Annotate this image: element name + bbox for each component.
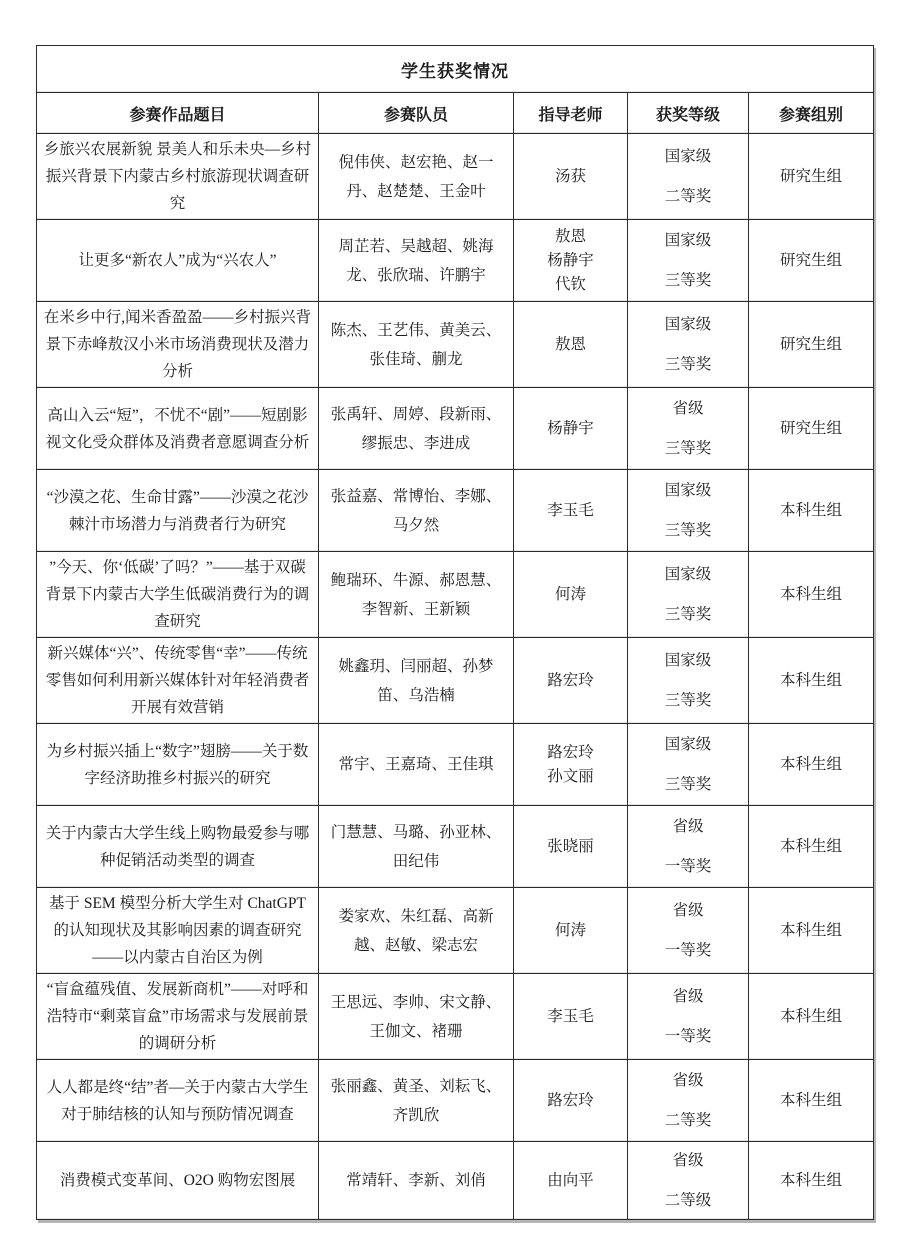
group-cell: 本科生组 (749, 1142, 874, 1220)
table-body: 乡旅兴农展新貌 景美人和乐未央—乡村振兴背景下内蒙古乡村旅游现状调查研究 倪伟侠… (37, 134, 874, 1220)
advisor-cell: 汤获 (514, 134, 628, 220)
award-level: 国家级 (665, 228, 712, 254)
award-cell: 国家级 三等奖 (628, 724, 749, 806)
advisor-cell: 张晓丽 (514, 806, 628, 888)
members-cell: 周芷若、吴越超、姚海龙、张欣瑞、许鹏宇 (319, 220, 514, 302)
award-cell: 国家级 三等奖 (628, 470, 749, 552)
table-row: 人人都是终“结”者—关于内蒙古大学生对于肺结核的认知与预防情况调查 张丽鑫、黄圣… (37, 1060, 874, 1142)
award-level: 省级 (672, 1068, 703, 1094)
award-prize: 二等奖 (665, 184, 712, 210)
award-level: 国家级 (665, 312, 712, 338)
advisor-cell: 路宏玲 孙文丽 (514, 724, 628, 806)
award-stack: 省级 一等奖 (634, 984, 742, 1050)
award-stack: 省级 二等级 (634, 1148, 742, 1214)
award-cell: 省级 二等级 (628, 1142, 749, 1220)
award-prize: 一等奖 (665, 1024, 712, 1050)
award-prize: 一等奖 (665, 854, 712, 880)
award-level: 国家级 (665, 732, 712, 758)
members-cell: 倪伟侠、赵宏艳、赵一丹、赵楚楚、王金叶 (319, 134, 514, 220)
group-cell: 本科生组 (749, 888, 874, 974)
award-stack: 国家级 三等奖 (634, 562, 742, 628)
table-row: 让更多“新农人”成为“兴农人” 周芷若、吴越超、姚海龙、张欣瑞、许鹏宇 敖恩 杨… (37, 220, 874, 302)
column-header-group: 参赛组别 (749, 93, 874, 134)
award-cell: 国家级 三等奖 (628, 638, 749, 724)
award-cell: 省级 二等奖 (628, 1060, 749, 1142)
award-stack: 省级 一等奖 (634, 898, 742, 964)
group-cell: 本科生组 (749, 1060, 874, 1142)
advisor-cell: 由向平 (514, 1142, 628, 1220)
advisor-cell: 敖恩 杨静宇 代钦 (514, 220, 628, 302)
members-cell: 王思远、李帅、宋文静、王伽文、褚珊 (319, 974, 514, 1060)
award-cell: 省级 一等奖 (628, 974, 749, 1060)
group-cell: 本科生组 (749, 724, 874, 806)
award-stack: 国家级 三等奖 (634, 648, 742, 714)
advisor-cell: 何涛 (514, 552, 628, 638)
work-title-cell: 为乡村振兴插上“数字”翅膀——关于数字经济助推乡村振兴的研究 (37, 724, 319, 806)
work-title-cell: 乡旅兴农展新貌 景美人和乐未央—乡村振兴背景下内蒙古乡村旅游现状调查研究 (37, 134, 319, 220)
work-title-cell: ”今天、你‘低碳’了吗？”——基于双碳背景下内蒙古大学生低碳消费行为的调查研究 (37, 552, 319, 638)
award-prize: 一等奖 (665, 938, 712, 964)
award-level: 国家级 (665, 648, 712, 674)
group-cell: 研究生组 (749, 134, 874, 220)
work-title-cell: 消费模式变革间、O2O 购物宏图展 (37, 1142, 319, 1220)
award-cell: 省级 一等奖 (628, 888, 749, 974)
members-cell: 张丽鑫、黄圣、刘耘飞、齐凯欣 (319, 1060, 514, 1142)
award-level: 国家级 (665, 144, 712, 170)
award-stack: 国家级 三等奖 (634, 228, 742, 294)
award-prize: 二等级 (665, 1188, 712, 1214)
members-cell: 鲍瑞环、牛源、郝恩慧、李智新、王新颖 (319, 552, 514, 638)
award-cell: 国家级 三等奖 (628, 302, 749, 388)
award-stack: 国家级 三等奖 (634, 312, 742, 378)
column-header-advisor: 指导老师 (514, 93, 628, 134)
work-title-cell: 关于内蒙古大学生线上购物最爱参与哪种促销活动类型的调查 (37, 806, 319, 888)
table-row: 关于内蒙古大学生线上购物最爱参与哪种促销活动类型的调查 门慧慧、马璐、孙亚林、田… (37, 806, 874, 888)
award-level: 省级 (672, 1148, 703, 1174)
advisor-cell: 路宏玲 (514, 638, 628, 724)
table-row: ”今天、你‘低碳’了吗？”——基于双碳背景下内蒙古大学生低碳消费行为的调查研究 … (37, 552, 874, 638)
group-cell: 研究生组 (749, 220, 874, 302)
work-title-cell: 人人都是终“结”者—关于内蒙古大学生对于肺结核的认知与预防情况调查 (37, 1060, 319, 1142)
group-cell: 本科生组 (749, 974, 874, 1060)
award-stack: 省级 二等奖 (634, 1068, 742, 1134)
document-page: 学生获奖情况 参赛作品题目 参赛队员 指导老师 获奖等级 参赛组别 乡旅兴农展新… (0, 0, 909, 1250)
table-title-row: 学生获奖情况 (37, 46, 874, 93)
group-cell: 本科生组 (749, 470, 874, 552)
table-row: 消费模式变革间、O2O 购物宏图展 常靖轩、李新、刘俏 由向平 省级 二等级 本… (37, 1142, 874, 1220)
award-stack: 省级 一等奖 (634, 814, 742, 880)
award-prize: 三等奖 (665, 436, 712, 462)
advisor-cell: 杨静宇 (514, 388, 628, 470)
work-title-cell: 高山入云“短”，不忧不“剧”——短剧影视文化受众群体及消费者意愿调查分析 (37, 388, 319, 470)
table-header-row: 参赛作品题目 参赛队员 指导老师 获奖等级 参赛组别 (37, 93, 874, 134)
award-cell: 国家级 二等奖 (628, 134, 749, 220)
members-cell: 娄家欢、朱红磊、高新越、赵敏、梁志宏 (319, 888, 514, 974)
group-cell: 本科生组 (749, 806, 874, 888)
work-title-cell: “沙漠之花、生命甘露”——沙漠之花沙棘汁市场潜力与消费者行为研究 (37, 470, 319, 552)
work-title-cell: 基于 SEM 模型分析大学生对 ChatGPT 的认知现状及其影响因素的调查研究… (37, 888, 319, 974)
table-row: 基于 SEM 模型分析大学生对 ChatGPT 的认知现状及其影响因素的调查研究… (37, 888, 874, 974)
group-cell: 本科生组 (749, 638, 874, 724)
column-header-work-title: 参赛作品题目 (37, 93, 319, 134)
award-stack: 国家级 三等奖 (634, 478, 742, 544)
award-stack: 国家级 三等奖 (634, 732, 742, 798)
award-stack: 省级 三等奖 (634, 396, 742, 462)
award-prize: 三等奖 (665, 602, 712, 628)
table-row: 新兴媒体“兴”、传统零售“幸”——传统零售如何利用新兴媒体针对年轻消费者开展有效… (37, 638, 874, 724)
award-cell: 省级 三等奖 (628, 388, 749, 470)
award-prize: 二等奖 (665, 1108, 712, 1134)
award-cell: 省级 一等奖 (628, 806, 749, 888)
advisor-cell: 李玉毛 (514, 470, 628, 552)
table-title: 学生获奖情况 (37, 46, 874, 93)
award-prize: 三等奖 (665, 772, 712, 798)
award-cell: 国家级 三等奖 (628, 552, 749, 638)
advisor-cell: 路宏玲 (514, 1060, 628, 1142)
award-stack: 国家级 二等奖 (634, 144, 742, 210)
members-cell: 常靖轩、李新、刘俏 (319, 1142, 514, 1220)
student-awards-table: 学生获奖情况 参赛作品题目 参赛队员 指导老师 获奖等级 参赛组别 乡旅兴农展新… (36, 45, 874, 1220)
table-row: “沙漠之花、生命甘露”——沙漠之花沙棘汁市场潜力与消费者行为研究 张益嘉、常博怡… (37, 470, 874, 552)
work-title-cell: “盲盒蕴残值、发展新商机”——对呼和浩特市“剩菜盲盒”市场需求与发展前景 的调研… (37, 974, 319, 1060)
group-cell: 研究生组 (749, 302, 874, 388)
award-level: 省级 (672, 396, 703, 422)
award-level: 省级 (672, 814, 703, 840)
members-cell: 门慧慧、马璐、孙亚林、田纪伟 (319, 806, 514, 888)
advisor-cell: 何涛 (514, 888, 628, 974)
table-row: 在米乡中行,闻米香盈盈——乡村振兴背景下赤峰敖汉小米市场消费现状及潜力分析 陈杰… (37, 302, 874, 388)
table-row: 高山入云“短”，不忧不“剧”——短剧影视文化受众群体及消费者意愿调查分析 张禹轩… (37, 388, 874, 470)
table-row: 乡旅兴农展新貌 景美人和乐未央—乡村振兴背景下内蒙古乡村旅游现状调查研究 倪伟侠… (37, 134, 874, 220)
group-cell: 本科生组 (749, 552, 874, 638)
column-header-members: 参赛队员 (319, 93, 514, 134)
award-prize: 三等奖 (665, 688, 712, 714)
table-row: 为乡村振兴插上“数字”翅膀——关于数字经济助推乡村振兴的研究 常宇、王嘉琦、王佳… (37, 724, 874, 806)
award-prize: 三等奖 (665, 268, 712, 294)
award-cell: 国家级 三等奖 (628, 220, 749, 302)
column-header-award-level: 获奖等级 (628, 93, 749, 134)
table-row: “盲盒蕴残值、发展新商机”——对呼和浩特市“剩菜盲盒”市场需求与发展前景 的调研… (37, 974, 874, 1060)
work-title-cell: 在米乡中行,闻米香盈盈——乡村振兴背景下赤峰敖汉小米市场消费现状及潜力分析 (37, 302, 319, 388)
group-cell: 研究生组 (749, 388, 874, 470)
members-cell: 常宇、王嘉琦、王佳琪 (319, 724, 514, 806)
award-prize: 三等奖 (665, 518, 712, 544)
advisor-cell: 李玉毛 (514, 974, 628, 1060)
work-title-cell: 让更多“新农人”成为“兴农人” (37, 220, 319, 302)
work-title-cell: 新兴媒体“兴”、传统零售“幸”——传统零售如何利用新兴媒体针对年轻消费者开展有效… (37, 638, 319, 724)
award-level: 国家级 (665, 478, 712, 504)
members-cell: 张禹轩、周婷、段新雨、缪振忠、李进成 (319, 388, 514, 470)
members-cell: 姚鑫玥、闫丽超、孙梦笛、乌浩楠 (319, 638, 514, 724)
members-cell: 陈杰、王艺伟、黄美云、张佳琦、蒯龙 (319, 302, 514, 388)
award-level: 省级 (672, 898, 703, 924)
award-level: 国家级 (665, 562, 712, 588)
advisor-cell: 敖恩 (514, 302, 628, 388)
award-prize: 三等奖 (665, 352, 712, 378)
members-cell: 张益嘉、常博怡、李娜、马夕然 (319, 470, 514, 552)
award-level: 省级 (672, 984, 703, 1010)
